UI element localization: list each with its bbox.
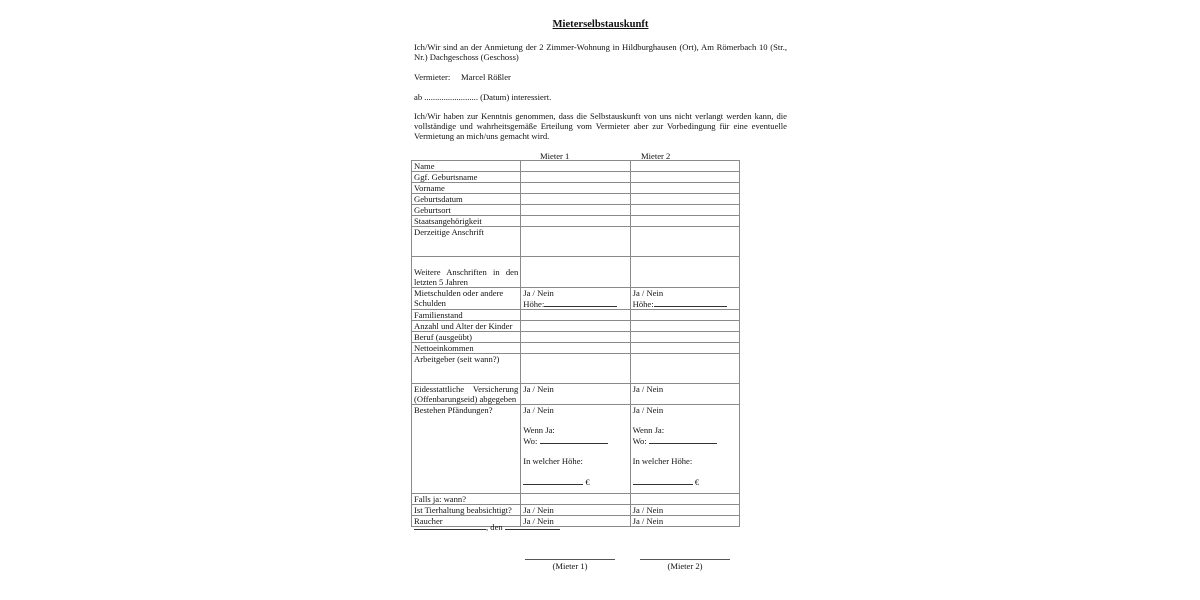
- table-row-name: Name: [412, 161, 740, 172]
- tenant-2-affidavit-cell[interactable]: Ja / Nein: [630, 384, 739, 405]
- row-label: Beruf (ausgeübt): [412, 332, 521, 343]
- place-date-line: , den: [414, 521, 560, 532]
- tenant-2-net-income-field[interactable]: [630, 343, 739, 354]
- table-row-net-income: Nettoeinkommen: [412, 343, 740, 354]
- row-label: Staatsangehörigkeit: [412, 216, 521, 227]
- tenant-2-birth-name-field[interactable]: [630, 172, 739, 183]
- where-blank[interactable]: [649, 435, 717, 444]
- tenant-1-marital-status-field[interactable]: [521, 310, 630, 321]
- row-label: Arbeitgeber (seit wann?): [412, 354, 521, 384]
- tenant-2-smoker-cell[interactable]: Ja / Nein: [630, 516, 739, 527]
- table-row-occupation: Beruf (ausgeübt): [412, 332, 740, 343]
- row-label: Weitere Anschriften in den letzten 5 Jah…: [412, 257, 521, 288]
- landlord-line: Vermieter:Marcel Rößler: [414, 72, 787, 82]
- row-label: Derzeitige Anschrift: [412, 227, 521, 257]
- tenant-2-occupation-field[interactable]: [630, 332, 739, 343]
- row-label: Ist Tierhaltung beabsichtigt?: [412, 505, 521, 516]
- tenant-1-debts-cell[interactable]: Ja / NeinHöhe:: [521, 288, 630, 310]
- amount-blank[interactable]: [544, 298, 617, 307]
- tenant-2-current-address-field[interactable]: [630, 227, 739, 257]
- where-blank[interactable]: [540, 435, 608, 444]
- yes-no-option[interactable]: Ja / Nein: [633, 384, 664, 394]
- where-label: Wo:: [633, 436, 647, 446]
- row-label: Geburtsort: [412, 205, 521, 216]
- where-label: Wo:: [523, 436, 537, 446]
- landlord-name: Marcel Rößler: [461, 72, 511, 82]
- table-row-previous-addresses: Weitere Anschriften in den letzten 5 Jah…: [412, 257, 740, 288]
- place-date-separator: , den: [486, 522, 503, 532]
- table-row-garnishments: Bestehen Pfändungen? Ja / Nein Wenn Ja: …: [412, 405, 740, 494]
- tenant-2-children-field[interactable]: [630, 321, 739, 332]
- table-row-marital-status: Familienstand: [412, 310, 740, 321]
- tenant-1-previous-addresses-field[interactable]: [521, 257, 630, 288]
- amount-label: Höhe:: [523, 299, 544, 309]
- acknowledgement-paragraph: Ich/Wir haben zur Kenntnis genommen, das…: [414, 111, 787, 141]
- row-label: Geburtsdatum: [412, 194, 521, 205]
- tenant-2-pets-cell[interactable]: Ja / Nein: [630, 505, 739, 516]
- tenant-2-name-field[interactable]: [630, 161, 739, 172]
- table-row-birth-date: Geburtsdatum: [412, 194, 740, 205]
- tenant-1-children-field[interactable]: [521, 321, 630, 332]
- tenant-2-first-name-field[interactable]: [630, 183, 739, 194]
- tenant-2-debts-cell[interactable]: Ja / NeinHöhe:: [630, 288, 739, 310]
- date-blank[interactable]: [505, 521, 560, 530]
- tenant-info-table: Name Ggf. Geburtsname Vorname Geburtsdat…: [411, 160, 740, 527]
- signature-tenant-2[interactable]: (Mieter 2): [640, 559, 730, 571]
- table-row-affidavit: Eidesstattliche Versicherung (Offenbarun…: [412, 384, 740, 405]
- amount-blank[interactable]: [523, 476, 583, 485]
- tenant-1-employer-field[interactable]: [521, 354, 630, 384]
- tenant-1-name-field[interactable]: [521, 161, 630, 172]
- tenant-2-birth-place-field[interactable]: [630, 205, 739, 216]
- row-label: Familienstand: [412, 310, 521, 321]
- tenant-1-nationality-field[interactable]: [521, 216, 630, 227]
- table-row-children: Anzahl und Alter der Kinder: [412, 321, 740, 332]
- if-yes-label: Wenn Ja:: [633, 425, 737, 435]
- yes-no-option[interactable]: Ja / Nein: [523, 288, 627, 298]
- table-row-birth-name: Ggf. Geburtsname: [412, 172, 740, 183]
- which-amount-label: In welcher Höhe:: [523, 456, 627, 466]
- signature-tenant-1[interactable]: (Mieter 1): [525, 559, 615, 571]
- tenant-1-birth-date-field[interactable]: [521, 194, 630, 205]
- table-row-debts: Mietschulden oder andere Schulden Ja / N…: [412, 288, 740, 310]
- tenant-1-occupation-field[interactable]: [521, 332, 630, 343]
- table-row-pets: Ist Tierhaltung beabsichtigt?Ja / NeinJa…: [412, 505, 740, 516]
- tenant-2-previous-addresses-field[interactable]: [630, 257, 739, 288]
- tenant-1-pets-cell[interactable]: Ja / Nein: [521, 505, 630, 516]
- tenant-2-garnishments-cell[interactable]: Ja / Nein Wenn Ja: Wo: In welcher Höhe: …: [630, 405, 739, 494]
- currency-symbol: €: [695, 477, 699, 487]
- tenant-1-first-name-field[interactable]: [521, 183, 630, 194]
- tenant-1-if-yes-when-field[interactable]: [521, 494, 630, 505]
- document-title: Mieterselbstauskunft: [414, 20, 787, 30]
- amount-blank[interactable]: [654, 298, 727, 307]
- date-interest-line: ab ......................... (Datum) int…: [414, 92, 787, 102]
- row-label: Eidesstattliche Versicherung (Offenbarun…: [412, 384, 521, 405]
- tenant-2-marital-status-field[interactable]: [630, 310, 739, 321]
- currency-symbol: €: [585, 477, 589, 487]
- table-row-first-name: Vorname: [412, 183, 740, 194]
- intro-paragraph: Ich/Wir sind an der Anmietung der 2 Zimm…: [414, 42, 787, 62]
- tenant-2-nationality-field[interactable]: [630, 216, 739, 227]
- tenant-2-if-yes-when-field[interactable]: [630, 494, 739, 505]
- table-row-employer: Arbeitgeber (seit wann?): [412, 354, 740, 384]
- tenant-2-employer-field[interactable]: [630, 354, 739, 384]
- tenant-1-current-address-field[interactable]: [521, 227, 630, 257]
- landlord-label: Vermieter:: [414, 72, 461, 82]
- amount-blank[interactable]: [633, 476, 693, 485]
- yes-no-option[interactable]: Ja / Nein: [633, 405, 737, 415]
- tenant-1-affidavit-cell[interactable]: Ja / Nein: [521, 384, 630, 405]
- row-label: Name: [412, 161, 521, 172]
- row-label: Ggf. Geburtsname: [412, 172, 521, 183]
- if-yes-label: Wenn Ja:: [523, 425, 627, 435]
- row-label: Nettoeinkommen: [412, 343, 521, 354]
- tenant-2-birth-date-field[interactable]: [630, 194, 739, 205]
- row-label: Vorname: [412, 183, 521, 194]
- place-blank[interactable]: [414, 521, 486, 530]
- tenant-1-birth-name-field[interactable]: [521, 172, 630, 183]
- yes-no-option[interactable]: Ja / Nein: [523, 405, 627, 415]
- yes-no-option[interactable]: Ja / Nein: [523, 384, 554, 394]
- table-row-current-address: Derzeitige Anschrift: [412, 227, 740, 257]
- row-label: Mietschulden oder andere Schulden: [412, 288, 521, 310]
- row-label: Anzahl und Alter der Kinder: [412, 321, 521, 332]
- row-label: Bestehen Pfändungen?: [412, 405, 521, 494]
- tenant-1-net-income-field[interactable]: [521, 343, 630, 354]
- table-row-birth-place: Geburtsort: [412, 205, 740, 216]
- amount-label: Höhe:: [633, 299, 654, 309]
- tenant-1-garnishments-cell[interactable]: Ja / Nein Wenn Ja: Wo: In welcher Höhe: …: [521, 405, 630, 494]
- row-label: Falls ja: wann?: [412, 494, 521, 505]
- table-row-nationality: Staatsangehörigkeit: [412, 216, 740, 227]
- which-amount-label: In welcher Höhe:: [633, 456, 737, 466]
- tenant-1-birth-place-field[interactable]: [521, 205, 630, 216]
- table-row-if-yes-when: Falls ja: wann?: [412, 494, 740, 505]
- yes-no-option[interactable]: Ja / Nein: [633, 288, 737, 298]
